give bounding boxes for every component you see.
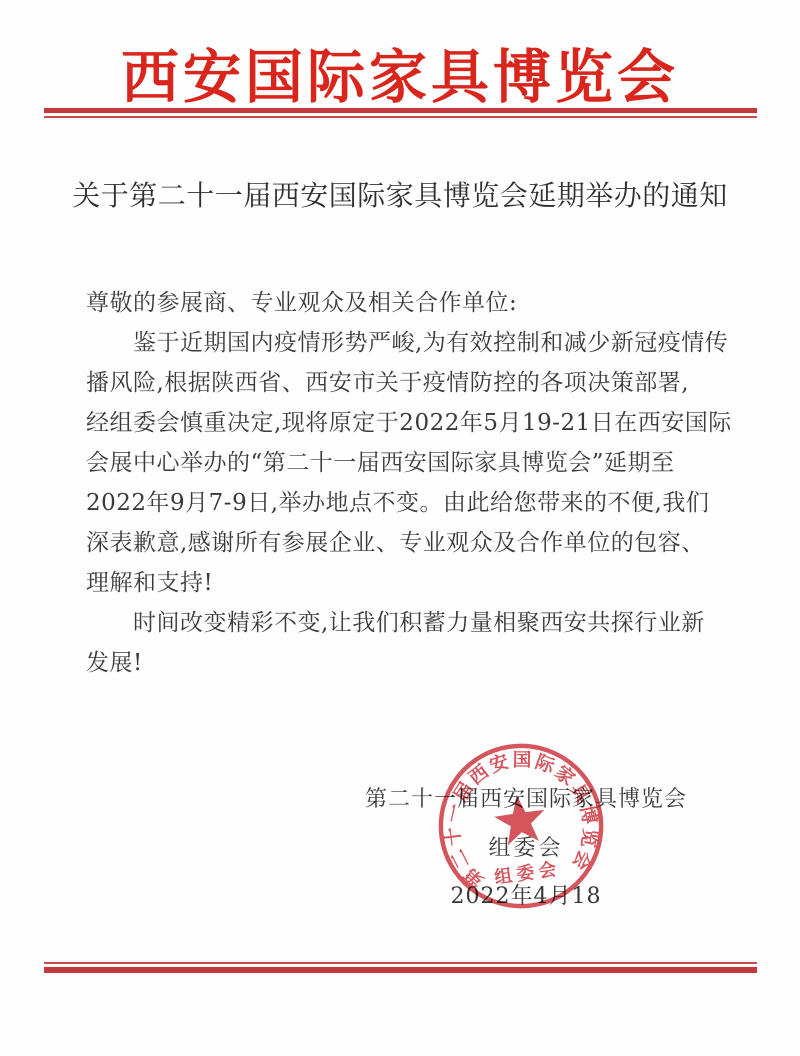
body-line: 鉴于近期国内疫情形势严峻,为有效控制和减少新冠疫情传 xyxy=(86,323,746,363)
body-line: 经组委会慎重决定,现将原定于2022年5月19-21日在西安国际 xyxy=(86,403,746,443)
body-line: 发展! xyxy=(86,643,746,683)
body-line: 会展中心举办的“第二十一届西安国际家具博览会”延期至 xyxy=(86,443,746,483)
divider-thin-line xyxy=(44,116,757,118)
masthead-title: 西安国际家具博览会 xyxy=(0,30,800,114)
body-line-salutation: 尊敬的参展商、专业观众及相关合作单位: xyxy=(86,283,746,323)
notice-document: 西安国际家具博览会 关于第二十一届西安国际家具博览会延期举办的通知 尊敬的参展商… xyxy=(0,0,800,1056)
notice-heading: 关于第二十一届西安国际家具博览会延期举办的通知 xyxy=(0,174,800,214)
footer-divider xyxy=(44,962,757,973)
signature-org-name: 第二十一届西安国际家具博览会 xyxy=(358,782,694,813)
masthead-divider xyxy=(44,108,757,118)
body-line: 时间改变精彩不变,让我们积蓄力量相聚西安共探行业新 xyxy=(86,603,746,643)
body-line: 深表歉意,感谢所有参展企业、专业观众及合作单位的包容、 xyxy=(86,523,746,563)
body-line: 理解和支持! xyxy=(86,563,746,603)
signature-date: 2022年4月18 xyxy=(358,879,694,910)
divider-thick-line xyxy=(44,967,757,973)
notice-body: 尊敬的参展商、专业观众及相关合作单位: 鉴于近期国内疫情形势严峻,为有效控制和减… xyxy=(86,283,746,683)
signature-block: 第二十一届西安国际家具博览会 组委会 2022年4月18 xyxy=(358,782,694,910)
body-line: 2022年9月7-9日,举办地点不变。由此给您带来的不便,我们 xyxy=(86,483,746,523)
body-line: 播风险,根据陕西省、西安市关于疫情防控的各项决策部署, xyxy=(86,363,746,403)
signature-org-committee: 组委会 xyxy=(358,831,694,862)
